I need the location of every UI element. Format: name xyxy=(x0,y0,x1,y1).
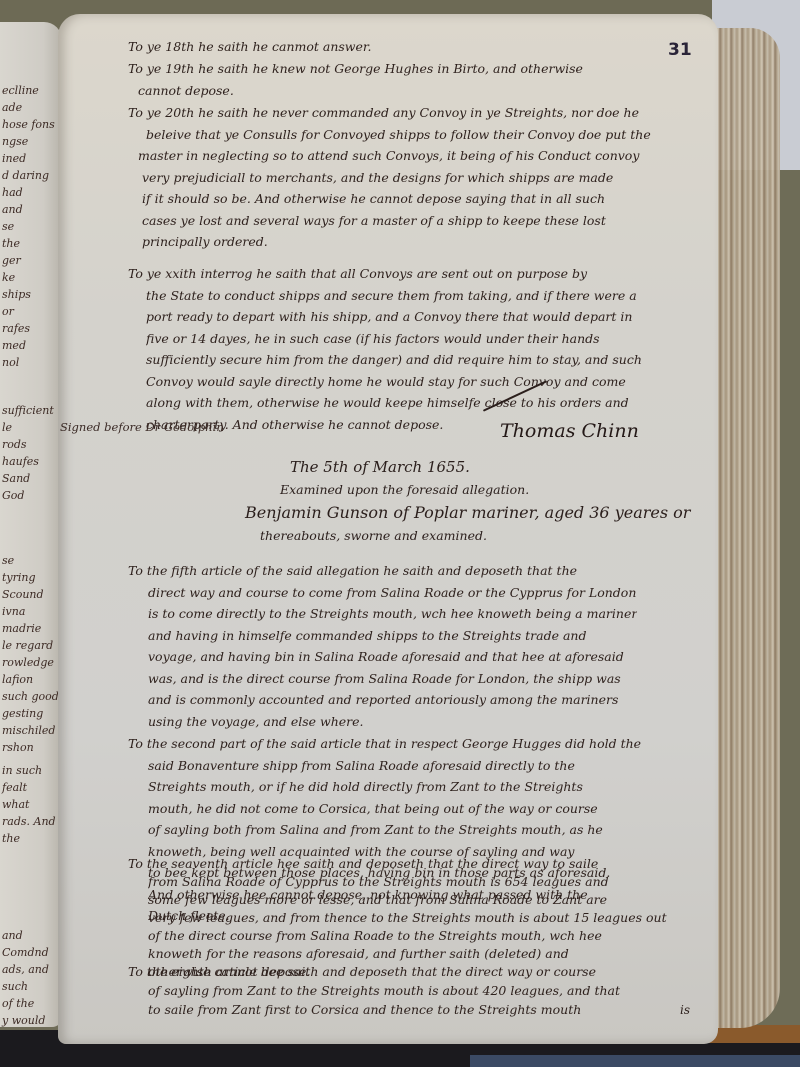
text-line: very prejudiciall to merchants, and the … xyxy=(142,167,651,189)
text-line: the State to conduct shipps and secure t… xyxy=(146,285,642,307)
witness-sworn: thereabouts, sworne and examined. xyxy=(260,528,487,543)
left-fragment: God xyxy=(0,487,54,504)
left-fragment: tyring xyxy=(0,569,62,586)
article-8: To the eighth article hee saith and depo… xyxy=(128,962,620,1019)
text-line: cases ye lost and several ways for a mas… xyxy=(142,210,651,232)
left-fragments-mid: sufficient le rods haufes Sand God xyxy=(0,402,54,504)
text-line: To the eighth article hee saith and depo… xyxy=(128,962,620,981)
text-line: said Bonaventure shipp from Salina Roade… xyxy=(148,755,641,777)
text-line: and is commonly accounted and reported a… xyxy=(148,689,637,711)
catchword: is xyxy=(680,1003,690,1017)
left-fragment: ger xyxy=(0,252,55,269)
left-fragment: such xyxy=(0,978,49,995)
text-line: To ye xxith interrog he saith that all C… xyxy=(128,263,642,285)
left-fragment: rowledge xyxy=(0,654,62,671)
text-line: using the voyage, and else where. xyxy=(148,711,637,733)
text-line: was, and is the direct course from Salin… xyxy=(148,668,637,690)
left-fragment: lafion xyxy=(0,671,62,688)
text-line: master in neglecting so to attend such C… xyxy=(138,145,651,167)
text-line: beleive that ye Consulls for Convoyed sh… xyxy=(146,124,651,146)
text-line: mouth, he did not come to Corsica, that … xyxy=(148,798,641,820)
text-line: To ye 20th he saith he never commanded a… xyxy=(128,102,651,124)
left-fragment: fealt xyxy=(0,779,56,796)
article-5: To the fifth article of the said allegat… xyxy=(128,560,637,732)
left-fragment: the xyxy=(0,235,55,252)
left-fragment: le xyxy=(0,419,54,436)
left-fragment: the xyxy=(0,830,56,847)
desk-strip xyxy=(470,1055,800,1067)
entry-interrog-19: To ye 19th he saith he knew not George H… xyxy=(128,58,583,101)
witness-name: Benjamin Gunson of Poplar mariner, aged … xyxy=(245,503,690,522)
left-fragment: of the xyxy=(0,995,49,1012)
text-line: along with them, otherwise he would keep… xyxy=(146,392,642,414)
text-line: some few leagues more or lesse, and that… xyxy=(148,891,667,909)
left-fragment: y would xyxy=(0,1012,49,1027)
text-line: port ready to depart with his shipp, and… xyxy=(146,306,642,328)
left-fragment: rads. And xyxy=(0,813,56,830)
left-fragment: rshon xyxy=(0,739,62,756)
text-line: five or 14 dayes, he in such case (if hi… xyxy=(146,328,642,350)
text-line: of sayling from Zant to the Streights mo… xyxy=(148,981,620,1000)
left-fragment: ke xyxy=(0,269,55,286)
entry-interrog-21: To ye xxith interrog he saith that all C… xyxy=(128,263,642,435)
left-fragment: ngse xyxy=(0,133,55,150)
text-line: of sayling both from Salina and from Zan… xyxy=(148,819,641,841)
text-line: and having in himselfe commanded shipps … xyxy=(148,625,637,647)
text-line: direct way and course to come from Salin… xyxy=(148,582,637,604)
text-line: To the second part of the said article t… xyxy=(128,733,641,755)
text-line: knoweth for the reasons aforesaid, and f… xyxy=(148,945,667,963)
text-line: To the fifth article of the said allegat… xyxy=(128,560,637,582)
text-line: from Salina Roade of Cypprus to the Stre… xyxy=(148,873,667,891)
left-fragment: had xyxy=(0,184,55,201)
left-fragment: what xyxy=(0,796,56,813)
left-fragment: nol xyxy=(0,354,55,371)
left-fragment: ivna xyxy=(0,603,62,620)
text-line: To the seaventh article hee saith and de… xyxy=(128,855,667,873)
text-line: sufficiently secure him from the danger)… xyxy=(146,349,642,371)
left-fragment: se xyxy=(0,552,62,569)
text-line: Streights mouth, or if he did hold direc… xyxy=(148,776,641,798)
text-line: voyage, and having bin in Salina Roade a… xyxy=(148,646,637,668)
text-line: of the direct course from Salina Roade t… xyxy=(148,927,667,945)
left-fragment: hose fons xyxy=(0,116,55,133)
left-fragments-top: eclline ade hose fons ngse ined d daring… xyxy=(0,82,55,371)
left-fragment: eclline xyxy=(0,82,55,99)
left-fragment: ships xyxy=(0,286,55,303)
left-fragment: in such xyxy=(0,762,56,779)
left-fragment: ads, and xyxy=(0,961,49,978)
left-fragment: gesting xyxy=(0,705,62,722)
left-fragment: or xyxy=(0,303,55,320)
left-fragment: d daring xyxy=(0,167,55,184)
text-line: To ye 18th he saith he canmot answer. xyxy=(128,36,371,58)
left-fragment: sufficient xyxy=(0,402,54,419)
text-line: principally ordered. xyxy=(142,231,651,253)
left-fragment: Sand xyxy=(0,470,54,487)
left-fragment: rafes xyxy=(0,320,55,337)
left-fragment: le regard xyxy=(0,637,62,654)
left-fragment: and xyxy=(0,201,55,218)
left-fragment: ined xyxy=(0,150,55,167)
entry-interrog-20: To ye 20th he saith he never commanded a… xyxy=(128,102,651,253)
left-fragment: mischiled xyxy=(0,722,62,739)
left-fragment: such goods xyxy=(0,688,62,705)
left-fragment: and xyxy=(0,927,49,944)
left-fragment: med xyxy=(0,337,55,354)
left-fragment: rods xyxy=(0,436,54,453)
left-fragment: se xyxy=(0,218,55,235)
text-line: to saile from Zant first to Corsica and … xyxy=(148,1000,620,1019)
left-fragment: Comdnd xyxy=(0,944,49,961)
left-fragment: haufes xyxy=(0,453,54,470)
text-line: if it should so be. And otherwise he can… xyxy=(142,188,651,210)
left-fragments-low: in such fealt what rads. And the xyxy=(0,762,56,847)
deposition-date: The 5th of March 1655. xyxy=(290,458,470,476)
left-fragment: ade xyxy=(0,99,55,116)
entry-interrog-18: To ye 18th he saith he canmot answer. xyxy=(128,36,371,58)
facing-page-left: eclline ade hose fons ngse ined d daring… xyxy=(0,22,62,1027)
text-line: To ye 19th he saith he knew not George H… xyxy=(128,58,583,80)
page-number: 31 xyxy=(668,40,692,60)
signature: Thomas Chinn xyxy=(500,420,639,442)
left-fragment: Scound xyxy=(0,586,62,603)
left-fragments-lower: se tyring Scound ivna madrie le regard r… xyxy=(0,552,62,756)
margin-note: Signed before Dr Godolphin xyxy=(60,420,224,434)
left-fragments-bottom: and Comdnd ads, and such of the y would … xyxy=(0,927,49,1027)
text-line: Convoy would sayle directly home he woul… xyxy=(146,371,642,393)
examined-line: Examined upon the foresaid allegation. xyxy=(280,482,529,497)
text-line: is to come directly to the Streights mou… xyxy=(148,603,637,625)
text-line: cannot depose. xyxy=(138,80,583,102)
text-line: very few leagues, and from thence to the… xyxy=(148,909,667,927)
left-fragment: madrie xyxy=(0,620,62,637)
